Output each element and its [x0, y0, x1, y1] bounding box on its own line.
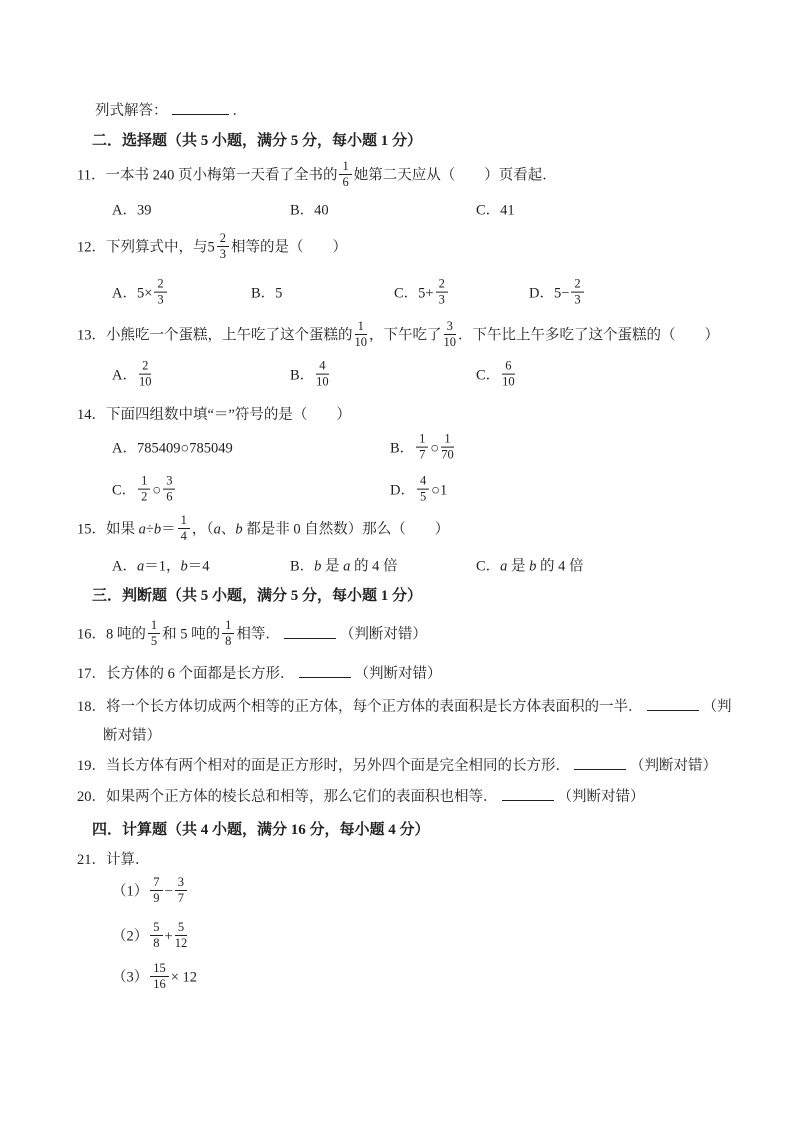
option-c: C．610: [476, 361, 517, 392]
option-c: C．5+23: [394, 279, 450, 310]
text-run: ．: [233, 103, 248, 119]
fraction-numerator: 1: [339, 159, 351, 175]
fraction-denominator: 3: [571, 293, 583, 307]
fraction: 14: [178, 513, 190, 544]
question-21-item-1: （1）79−37: [112, 877, 189, 908]
exam-page: 列式解答：．二．选择题（共 5 小题，满分 5 分，每小题 1 分）11．一本书…: [0, 0, 793, 1122]
text-run: ．下午比上午多吃了这个蛋糕的（ ）: [458, 328, 719, 344]
text-run: B．: [290, 367, 314, 383]
question-13: 13．小熊吃一个蛋糕，上午吃了这个蛋糕的110，下午吃了310．下午比上午多吃了…: [77, 321, 719, 352]
fraction: 37: [175, 875, 187, 906]
fraction: 15: [148, 618, 160, 649]
option-c: C．12○36: [112, 476, 177, 507]
fraction-denominator: 7: [416, 448, 428, 462]
text-run: 列式解答：: [95, 103, 168, 119]
fraction: 410: [316, 359, 329, 390]
answer-blank: [172, 101, 229, 115]
fraction-numerator: 3: [163, 474, 175, 490]
text-run: 17．长方体的 6 个面都是长方形．: [77, 666, 295, 682]
text-run: D．5−: [529, 285, 569, 301]
fraction: 170: [441, 432, 454, 463]
fraction-numerator: 1: [138, 474, 150, 490]
question-14: 14．下面四组数中填“＝”符号的是（ ）: [77, 406, 351, 425]
text-run: 16．8 吨的: [77, 627, 146, 643]
option-b: B．17○170: [390, 434, 456, 465]
text-run: ＝1，: [144, 559, 180, 575]
question-14-options-row-1: A．785409○785049B．17○170: [0, 429, 793, 469]
fraction: 110: [355, 319, 368, 350]
fraction: 45: [417, 474, 429, 505]
text-run: ○: [152, 482, 161, 498]
fraction-denominator: 9: [150, 891, 162, 905]
fraction-numerator: 2: [154, 277, 166, 293]
text-run: 三．判断题（共 5 小题，满分 5 分，每小题 1 分）: [92, 588, 422, 604]
question-21: 21．计算．: [77, 851, 150, 870]
text-run: 相等．: [236, 627, 280, 643]
fraction: 23: [154, 277, 166, 308]
text-run: ○1: [431, 482, 447, 498]
math-variable: b: [235, 522, 242, 538]
text-run: B．5: [251, 286, 282, 302]
text-run: ，下午吃了: [369, 328, 442, 344]
option-b: B．5: [251, 285, 282, 304]
text-run: A．: [112, 559, 137, 575]
math-variable: a: [139, 522, 146, 538]
text-run: B．40: [290, 203, 329, 219]
fraction-denominator: 3: [154, 293, 166, 307]
question-18-line-1: 18．将一个长方体切成两个相等的正方体，每个正方体的表面积是长方体表面积的一半．…: [77, 697, 732, 717]
fraction-numerator: 2: [139, 359, 152, 375]
text-run: B．: [390, 440, 414, 456]
text-run: 18．将一个长方体切成两个相等的正方体，每个正方体的表面积是长方体表面积的一半．: [77, 699, 643, 715]
text-run: 都是非 0 自然数）那么（ ）: [243, 522, 450, 538]
text-run: ○: [430, 440, 439, 456]
fraction: 12: [138, 474, 150, 505]
option-b: B．40: [290, 202, 329, 221]
option-b: B．410: [290, 361, 331, 392]
question-15-options: A．a＝1，b＝4B．b 是 a 的 4 倍C．a 是 b 的 4 倍: [0, 557, 793, 577]
text-run: D．: [390, 482, 415, 498]
text-run: 20．如果两个正方体的棱长总和相等，那么它们的表面积也相等．: [77, 789, 498, 805]
fraction-denominator: 8: [222, 634, 234, 648]
text-run: （判断对错）: [340, 627, 427, 643]
text-run: 的 4 倍: [350, 559, 397, 575]
option-a: A．39: [112, 202, 151, 221]
question-12: 12．下列算式中，与523相等的是（ ）: [77, 233, 347, 264]
question-11-options: A．39B．40C．41: [0, 201, 793, 221]
answer-blank: [284, 625, 336, 639]
fraction-denominator: 3: [217, 247, 229, 261]
fraction-numerator: 1: [222, 618, 234, 634]
text-run: 21．计算．: [77, 852, 150, 868]
text-run: 、: [221, 522, 236, 538]
fraction: 1516: [150, 961, 169, 992]
text-run: ，（: [192, 522, 214, 538]
fraction-denominator: 10: [316, 375, 329, 389]
text-run: 断对错）: [103, 728, 161, 744]
fraction-numerator: 6: [502, 359, 515, 375]
text-run: （2）: [112, 929, 148, 945]
answer-prompt-line: 列式解答：．: [95, 101, 247, 121]
text-run: 13．小熊吃一个蛋糕，上午吃了这个蛋糕的: [77, 328, 353, 344]
answer-blank: [647, 697, 699, 711]
section-2-heading: 二．选择题（共 5 小题，满分 5 分，每小题 1 分）: [92, 132, 422, 152]
text-run: （判断对错）: [630, 758, 717, 774]
question-17: 17．长方体的 6 个面都是长方形．（判断对错）: [77, 664, 442, 684]
text-run: −: [165, 884, 173, 900]
answer-blank: [502, 787, 554, 801]
question-14-options-row-2: C．12○36D．45○1: [0, 471, 793, 511]
fraction-denominator: 10: [139, 375, 152, 389]
text-run: 12．下列算式中，与5: [77, 240, 215, 256]
text-run: 四．计算题（共 4 小题，满分 16 分，每小题 4 分）: [92, 822, 430, 838]
fraction-numerator: 3: [444, 319, 457, 335]
math-variable: a: [214, 522, 221, 538]
option-a: A．a＝1，b＝4: [112, 558, 209, 577]
text-run: ＝4: [188, 559, 210, 575]
fraction-numerator: 4: [316, 359, 329, 375]
fraction-denominator: 5: [417, 490, 429, 504]
text-run: B．: [290, 559, 314, 575]
text-run: （判: [703, 699, 732, 715]
fraction-numerator: 2: [217, 231, 229, 247]
text-run: C．: [476, 367, 500, 383]
text-run: 的 4 倍: [536, 559, 583, 575]
option-d: D．5−23: [529, 279, 586, 310]
question-19: 19．当长方体有两个相对的面是正方形时，另外四个面是完全相同的长方形．（判断对错…: [77, 756, 717, 776]
text-run: （3）: [112, 970, 148, 986]
question-18-line-2: 断对错）: [103, 727, 161, 746]
fraction-denominator: 10: [444, 335, 457, 349]
question-15: 15．如果 a÷b＝14，（a、b 都是非 0 自然数）那么（ ）: [77, 515, 449, 546]
fraction-numerator: 5: [150, 920, 162, 936]
question-13-options: A．210B．410C．610: [0, 356, 793, 396]
fraction-numerator: 1: [178, 513, 190, 529]
text-run: C．5+: [394, 285, 434, 301]
text-run: 14．下面四组数中填“＝”符号的是（ ）: [77, 407, 351, 423]
text-run: A．: [112, 367, 137, 383]
text-run: （1）: [112, 884, 148, 900]
fraction-numerator: 3: [175, 875, 187, 891]
fraction-denominator: 4: [178, 529, 190, 543]
text-run: C．: [476, 559, 500, 575]
fraction-denominator: 70: [441, 448, 454, 462]
fraction-denominator: 16: [150, 977, 169, 991]
option-a: A．5×23: [112, 279, 169, 310]
fraction: 610: [502, 359, 515, 390]
fraction-numerator: 4: [417, 474, 429, 490]
fraction-numerator: 1: [416, 432, 428, 448]
text-run: 15．如果: [77, 522, 139, 538]
text-run: （判断对错）: [558, 789, 645, 805]
fraction-denominator: 10: [502, 375, 515, 389]
fraction-denominator: 10: [355, 335, 368, 349]
text-run: 19．当长方体有两个相对的面是正方形时，另外四个面是完全相同的长方形．: [77, 758, 570, 774]
text-run: A．785409○785049: [112, 441, 233, 457]
question-12-options: A．5×23B．5C．5+23D．5−23: [0, 274, 793, 314]
math-variable: b: [180, 559, 187, 575]
question-21-item-2: （2）58+512: [112, 922, 189, 953]
option-a: A．210: [112, 361, 153, 392]
fraction: 79: [150, 875, 162, 906]
fraction-denominator: 8: [150, 936, 162, 950]
question-21-item-3: （3）1516× 12: [112, 963, 197, 994]
text-run: ＝: [161, 522, 176, 538]
text-run: （判断对错）: [355, 666, 442, 682]
text-run: ÷: [146, 522, 154, 538]
fraction-denominator: 6: [339, 175, 351, 189]
text-run: +: [165, 929, 173, 945]
fraction-numerator: 15: [150, 961, 169, 977]
section-3-heading: 三．判断题（共 5 小题，满分 5 分，每小题 1 分）: [92, 587, 422, 607]
fraction: 310: [444, 319, 457, 350]
text-run: 是: [507, 559, 529, 575]
fraction-denominator: 3: [436, 293, 448, 307]
fraction: 23: [217, 231, 229, 262]
text-run: × 12: [171, 970, 197, 986]
text-run: 是: [321, 559, 343, 575]
fraction: 17: [416, 432, 428, 463]
answer-blank: [574, 756, 626, 770]
fraction: 23: [571, 277, 583, 308]
fraction-numerator: 1: [148, 618, 160, 634]
fraction: 210: [139, 359, 152, 390]
fraction-numerator: 7: [150, 875, 162, 891]
fraction-denominator: 7: [175, 891, 187, 905]
fraction-numerator: 5: [175, 920, 188, 936]
fraction: 36: [163, 474, 175, 505]
option-c: C．a 是 b 的 4 倍: [476, 558, 584, 577]
option-b: B．b 是 a 的 4 倍: [290, 558, 398, 577]
text-run: C．41: [476, 203, 515, 219]
question-16: 16．8 吨的15和 5 吨的18相等．（判断对错）: [77, 620, 427, 651]
fraction-denominator: 12: [175, 936, 188, 950]
answer-blank: [299, 664, 351, 678]
option-a: A．785409○785049: [112, 440, 233, 459]
fraction-numerator: 2: [571, 277, 583, 293]
text-run: C．: [112, 482, 136, 498]
text-run: 她第二天应从（ ）页看起．: [354, 168, 557, 184]
text-run: 二．选择题（共 5 小题，满分 5 分，每小题 1 分）: [92, 133, 422, 149]
fraction-numerator: 1: [441, 432, 454, 448]
fraction: 58: [150, 920, 162, 951]
fraction-numerator: 2: [436, 277, 448, 293]
fraction-denominator: 2: [138, 490, 150, 504]
fraction: 16: [339, 159, 351, 190]
question-20: 20．如果两个正方体的棱长总和相等，那么它们的表面积也相等．（判断对错）: [77, 787, 645, 807]
fraction-denominator: 5: [148, 634, 160, 648]
text-run: 和 5 吨的: [162, 627, 220, 643]
text-run: 11．一本书 240 页小梅第一天看了全书的: [77, 168, 337, 184]
section-4-heading: 四．计算题（共 4 小题，满分 16 分，每小题 4 分）: [92, 821, 430, 841]
option-d: D．45○1: [390, 476, 447, 507]
fraction: 18: [222, 618, 234, 649]
fraction-denominator: 6: [163, 490, 175, 504]
fraction: 512: [175, 920, 188, 951]
text-run: A．5×: [112, 285, 152, 301]
text-run: 相等的是（ ）: [231, 240, 347, 256]
math-variable: b: [154, 522, 161, 538]
text-run: A．39: [112, 203, 151, 219]
fraction: 23: [436, 277, 448, 308]
fraction-numerator: 1: [355, 319, 368, 335]
option-c: C．41: [476, 202, 515, 221]
question-11: 11．一本书 240 页小梅第一天看了全书的16她第二天应从（ ）页看起．: [77, 161, 557, 192]
